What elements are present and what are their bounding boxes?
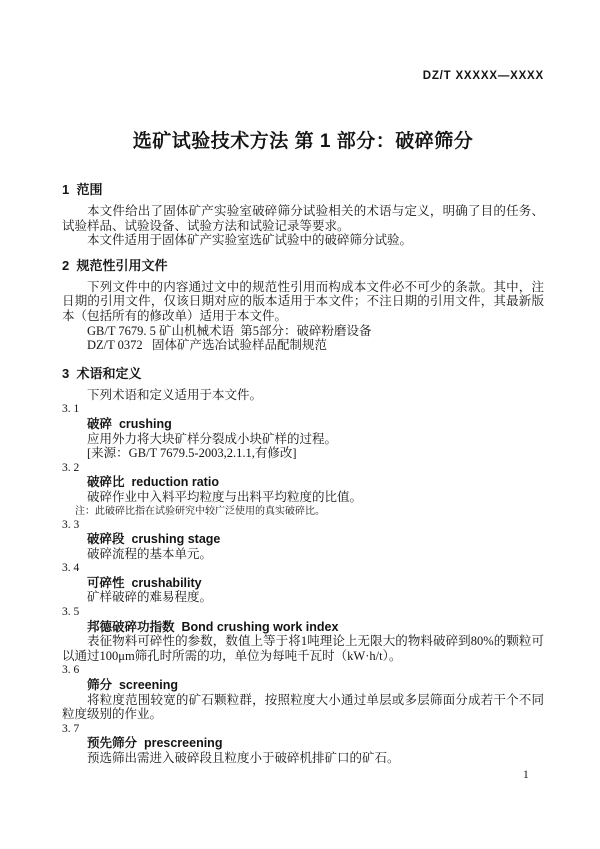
term-source: [来源：GB/T 7679.5-2003,2.1.1,有修改]: [62, 446, 544, 461]
document-page: DZ/T XXXXX—XXXX 选矿试验技术方法 第 1 部分：破碎筛分 1 范…: [0, 0, 600, 849]
section-2-heading: 2 规范性引用文件: [62, 258, 544, 274]
term-definition: 破碎作业中入料平均粒度与出料平均粒度的比值。: [62, 490, 544, 505]
term-definition: 矿样破碎的难易程度。: [62, 590, 544, 605]
section-3-intro: 下列术语和定义适用于本文件。: [62, 388, 544, 403]
term-name: 预先筛分 prescreening: [62, 736, 544, 751]
term-number: 3. 4: [62, 561, 544, 576]
term-number: 3. 7: [62, 722, 544, 737]
section-1-heading: 1 范围: [62, 182, 544, 198]
term-name: 破碎比 reduction ratio: [62, 475, 544, 490]
term-entry: 3. 4 可碎性 crushability 矿样破碎的难易程度。: [62, 561, 544, 605]
term-number: 3. 2: [62, 461, 544, 476]
term-definition: 应用外力将大块矿样分裂成小块矿样的过程。: [62, 432, 544, 447]
term-number: 3. 5: [62, 605, 544, 620]
term-name: 邦德破碎功指数 Bond crushing work index: [62, 620, 544, 635]
section-3-heading: 3 术语和定义: [62, 366, 544, 382]
section-terms-definitions: 3 术语和定义 下列术语和定义适用于本文件。 3. 1 破碎 crushing …: [62, 366, 544, 766]
term-definition: 预选筛出需进入破碎段且粒度小于破碎机排矿口的矿石。: [62, 751, 544, 766]
term-entry: 3. 7 预先筛分 prescreening 预选筛出需进入破碎段且粒度小于破碎…: [62, 722, 544, 766]
term-number: 3. 3: [62, 518, 544, 533]
term-number: 3. 1: [62, 402, 544, 417]
term-name: 筛分 screening: [62, 678, 544, 693]
term-number: 3. 6: [62, 663, 544, 678]
term-definition: 破碎流程的基本单元。: [62, 547, 544, 562]
section-1-paragraph-1: 本文件给出了固体矿产实验室破碎筛分试验相关的术语与定义，明确了目的任务、试验样品…: [62, 204, 544, 233]
section-normative-references: 2 规范性引用文件 下列文件中的内容通过文中的规范性引用而构成本文件必不可少的条…: [62, 258, 544, 353]
term-name: 破碎 crushing: [62, 417, 544, 432]
term-definition: 将粒度范围较宽的矿石颗粒群，按照粒度大小通过单层或多层筛面分成若干个不同粒度级别…: [62, 693, 544, 722]
term-entry: 3. 2 破碎比 reduction ratio 破碎作业中入料平均粒度与出料平…: [62, 461, 544, 518]
reference-item-2: DZ/T 0372 固体矿产选冶试验样品配制规范: [62, 338, 544, 353]
term-entry: 3. 6 筛分 screening 将粒度范围较宽的矿石颗粒群，按照粒度大小通过…: [62, 663, 544, 721]
document-content: 选矿试验技术方法 第 1 部分：破碎筛分 1 范围 本文件给出了固体矿产实验室破…: [0, 0, 600, 766]
doc-code: DZ/T XXXXX—XXXX: [423, 70, 544, 82]
term-name: 破碎段 crushing stage: [62, 532, 544, 547]
term-note: 注：此破碎比指在试验研究中较广泛使用的真实破碎比。: [75, 505, 544, 518]
section-scope: 1 范围 本文件给出了固体矿产实验室破碎筛分试验相关的术语与定义，明确了目的任务…: [62, 182, 544, 248]
term-entry: 3. 1 破碎 crushing 应用外力将大块矿样分裂成小块矿样的过程。 [来…: [62, 402, 544, 460]
section-1-paragraph-2: 本文件适用于固体矿产实验室选矿试验中的破碎筛分试验。: [62, 233, 544, 248]
reference-item-1: GB/T 7679. 5 矿山机械术语 第5部分：破碎粉磨设备: [62, 324, 544, 339]
term-name: 可碎性 crushability: [62, 576, 544, 591]
page-number: 1: [523, 768, 529, 782]
term-entry: 3. 3 破碎段 crushing stage 破碎流程的基本单元。: [62, 518, 544, 562]
section-2-paragraph-1: 下列文件中的内容通过文中的规范性引用而构成本文件必不可少的条款。其中，注日期的引…: [62, 280, 544, 324]
term-entry: 3. 5 邦德破碎功指数 Bond crushing work index 表征…: [62, 605, 544, 663]
term-definition: 表征物料可碎性的参数，数值上等于将1吨理论上无限大的物料破碎到80%的颗粒可以通…: [62, 634, 544, 663]
